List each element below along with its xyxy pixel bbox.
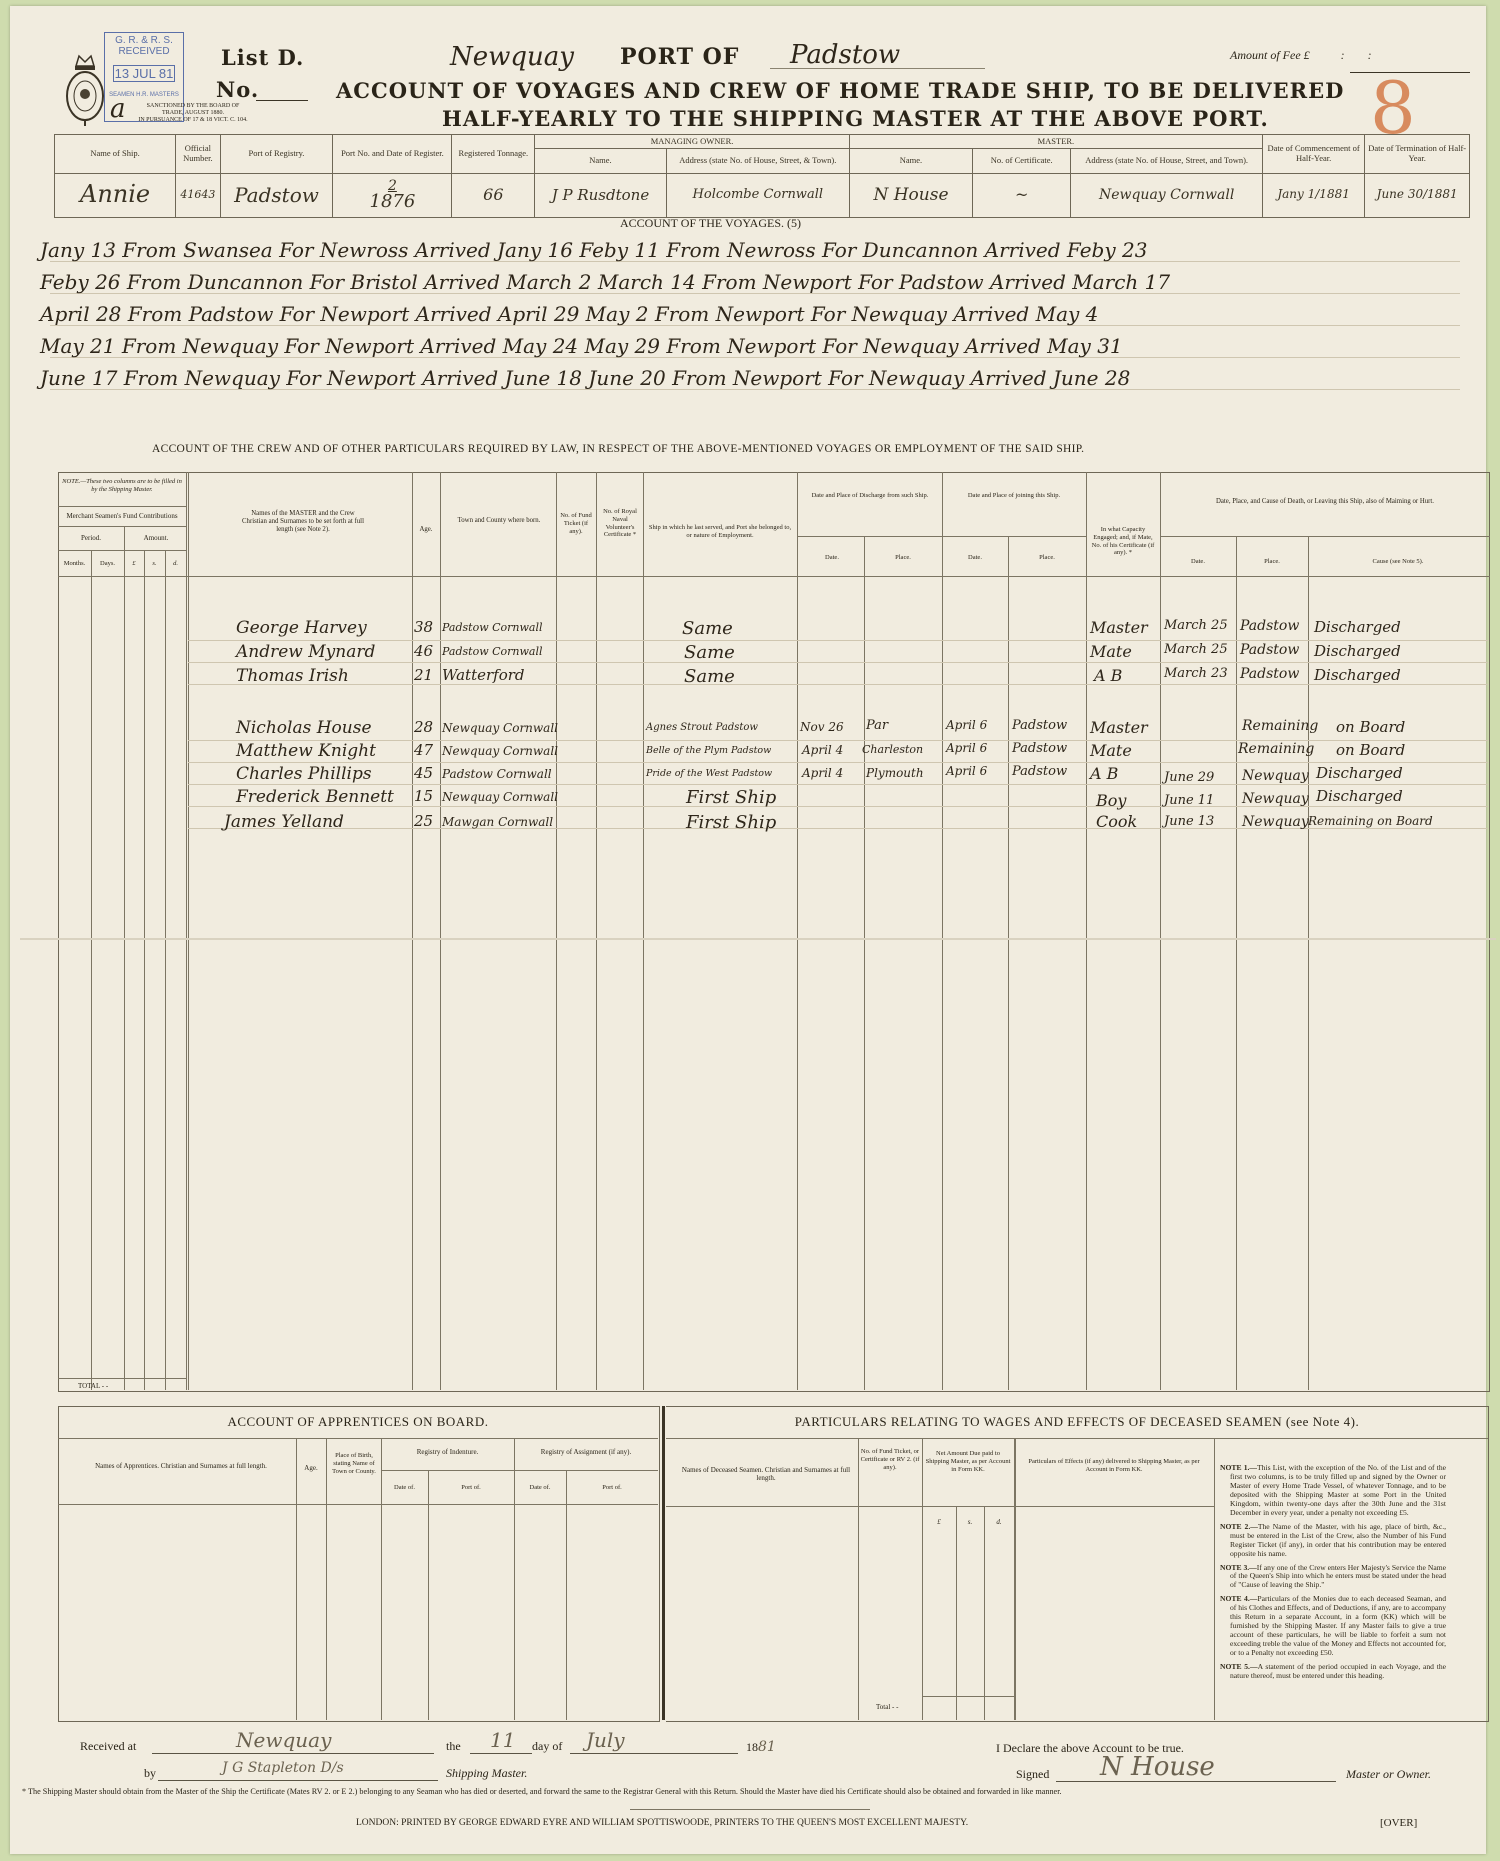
form-title-line2: HALF-YEARLY TO THE SHIPPING MASTER AT TH… (442, 106, 1269, 131)
master-certificate: ~ (973, 173, 1071, 217)
sanction-text: SANCTIONED BY THE BOARD OF TRADE, AUGUST… (108, 103, 278, 125)
master-address: Newquay Cornwall (1071, 173, 1262, 217)
port-prefix-handwritten: Newquay (450, 42, 574, 72)
owner-name: J P Rusdtone (535, 173, 666, 217)
apprentices-heading: ACCOUNT OF APPRENTICES ON BOARD. (58, 1414, 658, 1430)
port-handwritten: Padstow (790, 40, 900, 70)
voyage-line: Feby 26 From Duncannon For Bristol Arriv… (40, 270, 1460, 302)
crew-table (58, 472, 1490, 1392)
deceased-total-label: Total - - (876, 1703, 898, 1711)
voyage-line: Jany 13 From Swansea For Newross Arrived… (40, 238, 1460, 270)
received-at-handwritten: Newquay (236, 1728, 331, 1752)
note-1: NOTE 1.—This List, with the exception of… (1220, 1464, 1446, 1518)
asterisk-footnote: * The Shipping Master should obtain from… (22, 1787, 1482, 1796)
half-year-end: June 30/1881 (1365, 173, 1470, 217)
note-3: NOTE 3.—If any one of the Crew enters He… (1220, 1564, 1446, 1591)
note-5: NOTE 5.—A statement of the period occupi… (1220, 1663, 1446, 1681)
signature-handwritten: N House (1100, 1752, 1215, 1782)
port-of-label: PORT OF (620, 44, 739, 70)
over-label: [OVER] (1380, 1817, 1417, 1829)
note-2: NOTE 2.—The Name of the Master, with his… (1220, 1523, 1446, 1559)
royal-crest-icon (62, 52, 108, 128)
owner-address: Holcombe Cornwall (666, 173, 849, 217)
ship-name: Annie (55, 173, 176, 217)
voyages-list: Jany 13 From Swansea For Newross Arrived… (40, 238, 1460, 398)
voyages-heading: ACCOUNT OF THE VOYAGES. (5) (620, 216, 801, 231)
amount-fee-label: Amount of Fee £ : : (1230, 48, 1382, 63)
voyage-line: May 21 From Newquay For Newport Arrived … (40, 334, 1460, 366)
port-no-date: 2 1876 (333, 173, 452, 217)
crew-heading: ACCOUNT OF THE CREW AND OF OTHER PARTICU… (152, 443, 1084, 455)
official-number: 41643 (176, 173, 221, 217)
printer-line: LONDON: PRINTED BY GEORGE EDWARD EYRE AN… (356, 1818, 968, 1828)
by-handwritten: J G Stapleton D/s (222, 1760, 344, 1776)
note-4: NOTE 4.—Particulars of the Monies due to… (1220, 1595, 1446, 1658)
month-handwritten: July (586, 1728, 625, 1752)
list-label: List D. (221, 45, 304, 70)
form-notes: NOTE 1.—This List, with the exception of… (1220, 1464, 1446, 1681)
ship-details-table: Name of Ship. Official Number. Port of R… (54, 134, 1470, 218)
port-of-registry: Padstow (220, 173, 333, 217)
form-title-line1: ACCOUNT OF VOYAGES AND CREW OF HOME TRAD… (336, 78, 1344, 103)
document-page: G. R. & R. S. RECEIVED 13 JUL 81 SEAMEN … (10, 6, 1486, 1854)
master-name: N House (849, 173, 972, 217)
deceased-heading: PARTICULARS RELATING TO WAGES AND EFFECT… (666, 1414, 1488, 1430)
voyage-line: April 28 From Padstow For Newport Arrive… (40, 302, 1460, 334)
crew-total-label: TOTAL - - (78, 1382, 108, 1390)
no-label: No. (216, 77, 259, 102)
voyage-line: June 17 From Newquay For Newport Arrived… (40, 366, 1460, 398)
list-number-handwritten: a (110, 94, 126, 124)
half-year-start: Jany 1/1881 (1262, 173, 1364, 217)
tonnage: 66 (452, 173, 535, 217)
day-handwritten: 11 (490, 1728, 515, 1752)
